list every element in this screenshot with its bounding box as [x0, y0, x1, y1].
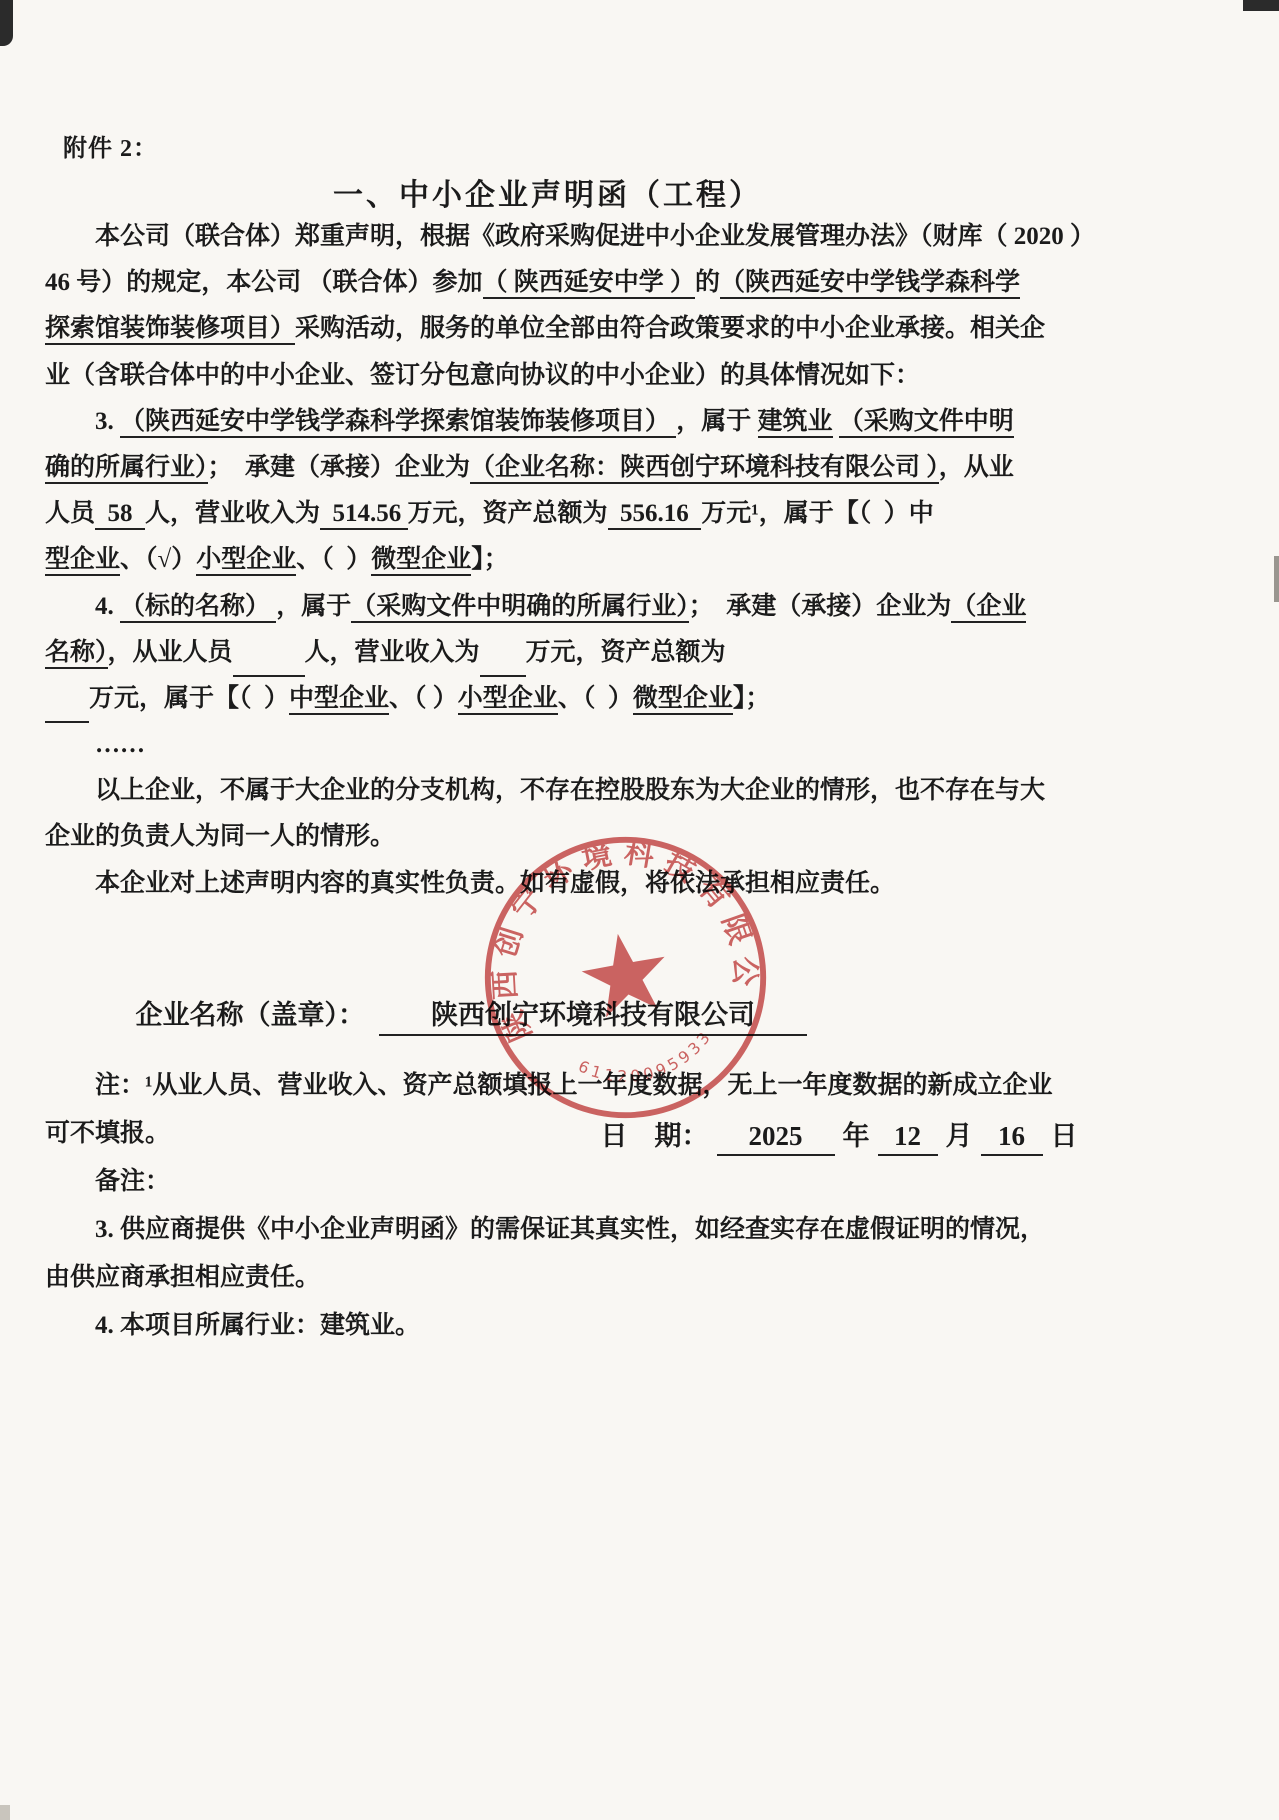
- text-segment: 人，营业收入为: [145, 500, 320, 527]
- text-segment: ，从业: [939, 454, 1014, 481]
- filled-field: （采购文件中明: [839, 408, 1014, 438]
- text-segment: ……: [95, 731, 145, 758]
- text-segment: 注：¹从业人员、营业收入、资产总额填报上一年度数据，无上一年度数据的新成立企业: [95, 1072, 1053, 1099]
- filled-field: （采购文件中明确的所属行业）: [351, 593, 689, 623]
- text-segment: 】；: [733, 685, 771, 712]
- text-segment: 万元¹，属于【（ ）中: [701, 500, 934, 527]
- filled-field: 小型企业: [196, 546, 296, 576]
- text-segment: 以上企业，不属于大企业的分支机构，不存在控股股东为大企业的情形，也不存在与大: [95, 777, 1045, 804]
- notes-section: 注：¹从业人员、营业收入、资产总额填报上一年度数据，无上一年度数据的新成立企业可…: [45, 1062, 1055, 1350]
- text-segment: 备注：: [95, 1168, 170, 1195]
- text-segment: 由供应商承担相应责任。: [45, 1264, 320, 1291]
- document-title: 一、中小企业声明函（工程）: [45, 170, 1050, 214]
- scan-artifact: [1274, 556, 1279, 602]
- doc-line: 3. （陕西延安中学钱学森科学探索馆装饰装修项目） ，属于 建筑业 （采购文件中…: [45, 399, 1055, 445]
- text-segment: 本公司（联合体）郑重声明，根据《政府采购促进中小企业发展管理办法》（财库（ 20…: [95, 223, 1095, 250]
- filled-field: （陕西延安中学钱学森科学: [720, 269, 1020, 299]
- text-segment: 人，营业收入为: [305, 639, 480, 666]
- doc-line: 业（含联合体中的中小企业、签订分包意向协议的中小企业）的具体情况如下：: [45, 353, 1055, 399]
- doc-line: 人员 58 人，营业收入为 514.56 万元，资产总额为 556.16 万元¹…: [45, 491, 1055, 537]
- doc-line: 可不填报。: [45, 1110, 1055, 1158]
- filled-field: [45, 696, 89, 723]
- text-segment: [833, 408, 839, 435]
- company-name-field: 陕西创宁环境科技有限公司: [379, 993, 807, 1036]
- doc-line: 本企业对上述声明内容的真实性负责。如有虚假，将依法承担相应责任。: [45, 861, 1055, 907]
- doc-line: 以上企业，不属于大企业的分支机构，不存在控股股东为大企业的情形，也不存在与大: [45, 768, 1055, 814]
- filled-field: 建筑业: [758, 408, 833, 438]
- doc-line: 企业的负责人为同一人的情形。: [45, 814, 1055, 860]
- text-segment: ，属于: [276, 593, 351, 620]
- text-segment: 46 号）的规定，本公司 （联合体）参加: [45, 269, 483, 296]
- company-name-line: 企业名称（盖章）：陕西创宁环境科技有限公司: [95, 962, 1078, 1067]
- text-segment: 万元，资产总额为: [526, 639, 726, 666]
- filled-field: 514.56: [320, 500, 408, 530]
- filled-field: 58: [95, 500, 145, 530]
- text-segment: 万元，属于【（ ）: [89, 685, 289, 712]
- text-segment: 4. 本项目所属行业：建筑业。: [95, 1312, 420, 1339]
- doc-line: 3. 供应商提供《中小企业声明函》的需保证其真实性，如经查实存在虚假证明的情况，: [45, 1206, 1055, 1254]
- filled-field: 小型企业: [458, 685, 558, 715]
- text-segment: 采购活动，服务的单位全部由符合政策要求的中小企业承接。相关企: [295, 315, 1045, 342]
- scan-artifact: [1243, 0, 1279, 11]
- doc-line: ……: [45, 722, 1055, 768]
- text-segment: 3.: [95, 408, 120, 435]
- doc-line: 本公司（联合体）郑重声明，根据《政府采购促进中小企业发展管理办法》（财库（ 20…: [45, 214, 1055, 260]
- filled-field: [233, 650, 305, 677]
- filled-field: （企业: [951, 593, 1026, 623]
- text-segment: 万元，资产总额为: [408, 500, 608, 527]
- text-segment: ，属于: [676, 408, 757, 435]
- filled-field: （ 陕西延安中学 ）: [483, 269, 696, 299]
- text-segment: 4.: [95, 593, 120, 620]
- doc-line: 型企业、（√）小型企业、（ ）微型企业】；: [45, 537, 1055, 583]
- document-body: 本公司（联合体）郑重声明，根据《政府采购促进中小企业发展管理办法》（财库（ 20…: [45, 214, 1055, 907]
- doc-line: 由供应商承担相应责任。: [45, 1254, 1055, 1302]
- filled-field: 确的所属行业）: [45, 454, 208, 484]
- filled-field: （标的名称）: [120, 593, 276, 623]
- text-segment: 3. 供应商提供《中小企业声明函》的需保证其真实性，如经查实存在虚假证明的情况，: [95, 1216, 1045, 1243]
- text-segment: 可不填报。: [45, 1120, 170, 1147]
- text-segment: 的: [695, 269, 720, 296]
- attachment-label: 附件 2：: [63, 128, 158, 163]
- text-segment: 、（ ）: [389, 685, 458, 712]
- text-segment: 本企业对上述声明内容的真实性负责。如有虚假，将依法承担相应责任。: [95, 870, 895, 897]
- filled-field: 微型企业: [633, 685, 733, 715]
- doc-line: 4. （标的名称） ，属于（采购文件中明确的所属行业）； 承建（承接）企业为（企…: [45, 584, 1055, 630]
- text-segment: ； 承建（承接）企业为: [208, 454, 471, 481]
- doc-line: 探索馆装饰装修项目）采购活动，服务的单位全部由符合政策要求的中小企业承接。相关企: [45, 306, 1055, 352]
- doc-line: 名称），从业人员 人，营业收入为 万元，资产总额为: [45, 630, 1055, 676]
- filled-field: 探索馆装饰装修项目）: [45, 315, 295, 345]
- text-segment: 、（√）: [120, 546, 196, 573]
- text-segment: ； 承建（承接）企业为: [689, 593, 952, 620]
- document-page: 附件 2： 一、中小企业声明函（工程） 本公司（联合体）郑重声明，根据《政府采购…: [0, 0, 1279, 1820]
- doc-line: 4. 本项目所属行业：建筑业。: [45, 1302, 1055, 1350]
- doc-line: 注：¹从业人员、营业收入、资产总额填报上一年度数据，无上一年度数据的新成立企业: [45, 1062, 1055, 1110]
- filled-field: 中型企业: [289, 685, 389, 715]
- filled-field: （陕西延安中学钱学森科学探索馆装饰装修项目）: [120, 408, 676, 438]
- filled-field: [480, 650, 526, 677]
- text-segment: 、（ ）: [558, 685, 633, 712]
- company-seal-label: 企业名称（盖章）：: [136, 1000, 366, 1030]
- scan-artifact: [0, 1805, 10, 1820]
- filled-field: 型企业: [45, 546, 120, 576]
- text-segment: 企业的负责人为同一人的情形。: [45, 823, 395, 850]
- text-segment: 】；: [471, 546, 509, 573]
- doc-line: 万元，属于【（ ）中型企业、（ ）小型企业、（ ）微型企业】；: [45, 676, 1055, 722]
- scan-artifact: [0, 0, 13, 46]
- filled-field: 微型企业: [371, 546, 471, 576]
- doc-line: 46 号）的规定，本公司 （联合体）参加（ 陕西延安中学 ）的（陕西延安中学钱学…: [45, 260, 1055, 306]
- text-segment: 、（ ）: [296, 546, 371, 573]
- text-segment: 人员: [45, 500, 95, 527]
- filled-field: 名称）: [45, 639, 108, 669]
- text-segment: 业（含联合体中的中小企业、签订分包意向协议的中小企业）的具体情况如下：: [45, 362, 920, 389]
- filled-field: 556.16: [608, 500, 702, 530]
- text-segment: ，从业人员: [108, 639, 233, 666]
- doc-line: 备注：: [45, 1158, 1055, 1206]
- filled-field: （企业名称：陕西创宁环境科技有限公司 ）: [470, 454, 939, 484]
- doc-line: 确的所属行业）； 承建（承接）企业为（企业名称：陕西创宁环境科技有限公司 ），从…: [45, 445, 1055, 491]
